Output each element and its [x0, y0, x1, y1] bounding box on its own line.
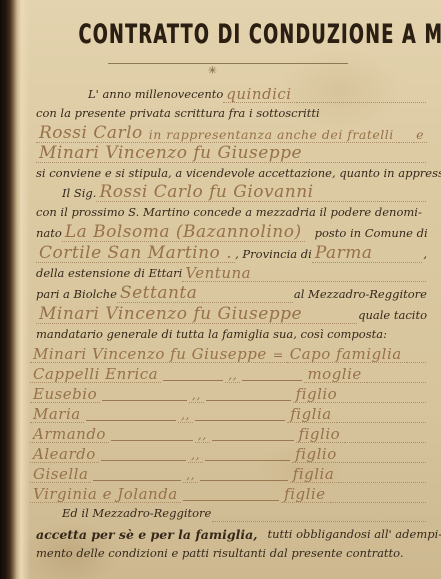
- family-row: Gisella ,, figlia: [30, 463, 427, 483]
- fill-line: [341, 458, 426, 463]
- family-row: Aleardo ,, figlio: [30, 443, 427, 463]
- dash-line: [183, 497, 279, 501]
- party1-note-handwritten: in rappresentanza anche dei fratelli: [146, 128, 397, 143]
- family-member-relation: figlie: [281, 486, 328, 503]
- family-row: Cappelli Enrica ,, moglie: [30, 363, 427, 383]
- sig-printed: Il Sig.: [62, 186, 96, 202]
- tacito-printed: quale tacito: [358, 308, 427, 324]
- dash-line: [206, 397, 291, 401]
- line-party1: Rossi Carlo in rappresentanza anche dei …: [36, 122, 427, 143]
- party1-handwritten: Rossi Carlo: [36, 125, 146, 143]
- family-row: Virginia e Jolanda figlie: [30, 483, 427, 503]
- ditto-mark: ,,: [178, 408, 193, 423]
- family-member-name: Aleardo: [30, 446, 99, 463]
- page-title: CONTRATTO DI CONDUZIONE A MEZZADRIA: [78, 18, 441, 50]
- nato-printed: nato: [36, 226, 62, 242]
- concede-printed: con il prossimo S. Martino concede a mez…: [36, 205, 422, 221]
- line-party2: Minari Vincenzo fu Giuseppe: [36, 143, 427, 163]
- conviene-printed: si conviene e si stipula, a vicendevole …: [36, 166, 441, 182]
- line-sig: Il Sig. Rossi Carlo fu Giovanni: [62, 182, 427, 202]
- provincia-handwritten: Parma: [312, 245, 376, 263]
- ditto-mark: ,,: [183, 468, 198, 483]
- line-anno: L' anno millenovecento quindici: [88, 84, 427, 103]
- family-row: Maria ,, figlia: [30, 403, 427, 423]
- family-member-relation: Capo famiglia: [287, 346, 405, 363]
- line-biolche: pari a Biolche Settanta al Mezzadro-Regg…: [36, 282, 427, 303]
- family-member-name: Armando: [30, 426, 109, 443]
- line-ed-il: Ed il Mezzadro-Reggitore: [62, 503, 427, 522]
- sig-handwritten: Rossi Carlo fu Giovanni: [96, 184, 316, 202]
- line-conviene: si conviene e si stipula, a vicendevole …: [36, 163, 427, 182]
- contract-body: L' anno millenovecento quindici con la p…: [36, 84, 427, 562]
- fill-line: [338, 478, 426, 483]
- anno-handwritten: quindici: [223, 86, 294, 103]
- fill-line: [201, 298, 292, 303]
- anno-printed: L' anno millenovecento: [88, 87, 223, 103]
- line-estensione: della estensione di Ettari Ventuna: [36, 263, 427, 282]
- scrittura-printed: con la presente privata scrittura fra i …: [36, 106, 320, 122]
- ditto-mark: ,,: [225, 368, 240, 383]
- accetta-bold-printed: accetta per sè e per la famiglia,: [36, 527, 258, 543]
- family-member-name: Eusebio: [30, 386, 100, 403]
- ditto-mark: ,,: [195, 428, 210, 443]
- family-member-relation: figlia: [287, 406, 335, 423]
- dash-line: [242, 377, 302, 381]
- fill-line: [377, 258, 423, 263]
- fill-line: [296, 98, 426, 103]
- fill-line: [341, 398, 426, 403]
- fill-line: [336, 418, 426, 423]
- line-mezzadro-name: Minari Vincenzo fu Giuseppe quale tacito: [36, 303, 427, 324]
- party2-handwritten: Minari Vincenzo fu Giuseppe: [36, 145, 305, 163]
- book-binding-edge: [0, 0, 30, 579]
- dash-line: [163, 377, 223, 381]
- fill-line: [330, 498, 426, 503]
- party1-conjunction-handwritten: e: [413, 128, 427, 143]
- dash-line: [102, 397, 187, 401]
- family-member-relation: figlio: [292, 446, 340, 463]
- title-block: CONTRATTO DI CONDUZIONE A MEZZADRIA: [46, 22, 415, 46]
- pari-printed: pari a Biolche: [36, 287, 117, 303]
- line-mandatario: mandatario generale di tutta la famiglia…: [36, 324, 427, 343]
- posto-printed: posto in Comune di: [315, 226, 428, 242]
- dash-line: [93, 477, 181, 481]
- family-member-name: Gisella: [30, 466, 91, 483]
- family-separator: =: [270, 348, 287, 363]
- dash-line: [195, 417, 285, 421]
- fill-line: [366, 378, 426, 383]
- podere-handwritten: La Bolsoma (Bazannolino): [62, 224, 305, 242]
- fill-line: [398, 138, 412, 143]
- family-member-name: Minari Vincenzo fu Giuseppe: [30, 346, 270, 363]
- fill-line: [344, 438, 426, 443]
- provincia-comma: ,: [423, 247, 427, 263]
- mezzadro-printed: al Mezzadro-Reggitore: [294, 287, 427, 303]
- line-comune: Cortile San Martino . , Provincia di Par…: [36, 242, 427, 263]
- dash-line: [101, 457, 186, 461]
- family-row: Eusebio ,, figlio: [30, 383, 427, 403]
- ettari-handwritten: Ventuna: [182, 265, 254, 282]
- fill-line: [318, 197, 426, 202]
- mezzadro-handwritten: Minari Vincenzo fu Giuseppe: [36, 306, 305, 324]
- comune-handwritten: Cortile San Martino .: [36, 245, 235, 263]
- fill-line: [306, 158, 426, 163]
- family-member-name: Cappelli Enrica: [30, 366, 161, 383]
- mandatario-printed: mandatario generale di tutta la famiglia…: [36, 327, 387, 343]
- fill-line: [255, 277, 426, 282]
- fill-line: [306, 319, 357, 324]
- ditto-mark: ,,: [188, 448, 203, 463]
- family-member-name: Maria: [30, 406, 84, 423]
- dash-line: [111, 437, 193, 441]
- contract-page: CONTRATTO DI CONDUZIONE A MEZZADRIA ✳ L'…: [0, 0, 441, 579]
- fill-line: [212, 517, 426, 522]
- mento-printed: mento delle condizioni e patti risultant…: [36, 546, 404, 562]
- estensione-printed: della estensione di Ettari: [36, 266, 182, 282]
- line-mento: mento delle condizioni e patti risultant…: [36, 543, 427, 562]
- dash-line: [200, 477, 288, 481]
- dash-line: [205, 457, 290, 461]
- ditto-mark: ,,: [189, 388, 204, 403]
- provincia-printed: , Provincia di: [235, 247, 312, 263]
- accetta-rest-printed: tutti obbligandosi all' adempi-: [268, 527, 441, 543]
- family-member-relation: figlio: [293, 386, 341, 403]
- fill-line: [406, 358, 426, 363]
- family-member-relation: figlia: [290, 466, 338, 483]
- family-member-relation: moglie: [304, 366, 364, 383]
- family-row: Armando ,, figlio: [30, 423, 427, 443]
- family-member-relation: figlio: [296, 426, 344, 443]
- line-accetta: accetta per sè e per la famiglia, tutti …: [36, 522, 427, 543]
- biolche-handwritten: Settanta: [117, 285, 200, 303]
- family-row: Minari Vincenzo fu Giuseppe = Capo famig…: [30, 343, 427, 363]
- family-member-name: Virginia e Jolanda: [30, 486, 181, 503]
- dash-line: [212, 437, 294, 441]
- line-podere: nato La Bolsoma (Bazannolino) posto in C…: [36, 221, 427, 242]
- dash-line: [86, 417, 176, 421]
- fleuron-ornament-icon: ✳: [0, 64, 425, 77]
- ed-il-printed: Ed il Mezzadro-Reggitore: [62, 506, 211, 522]
- line-concede: con il prossimo S. Martino concede a mez…: [36, 202, 427, 221]
- line-scrittura: con la presente privata scrittura fra i …: [36, 103, 427, 122]
